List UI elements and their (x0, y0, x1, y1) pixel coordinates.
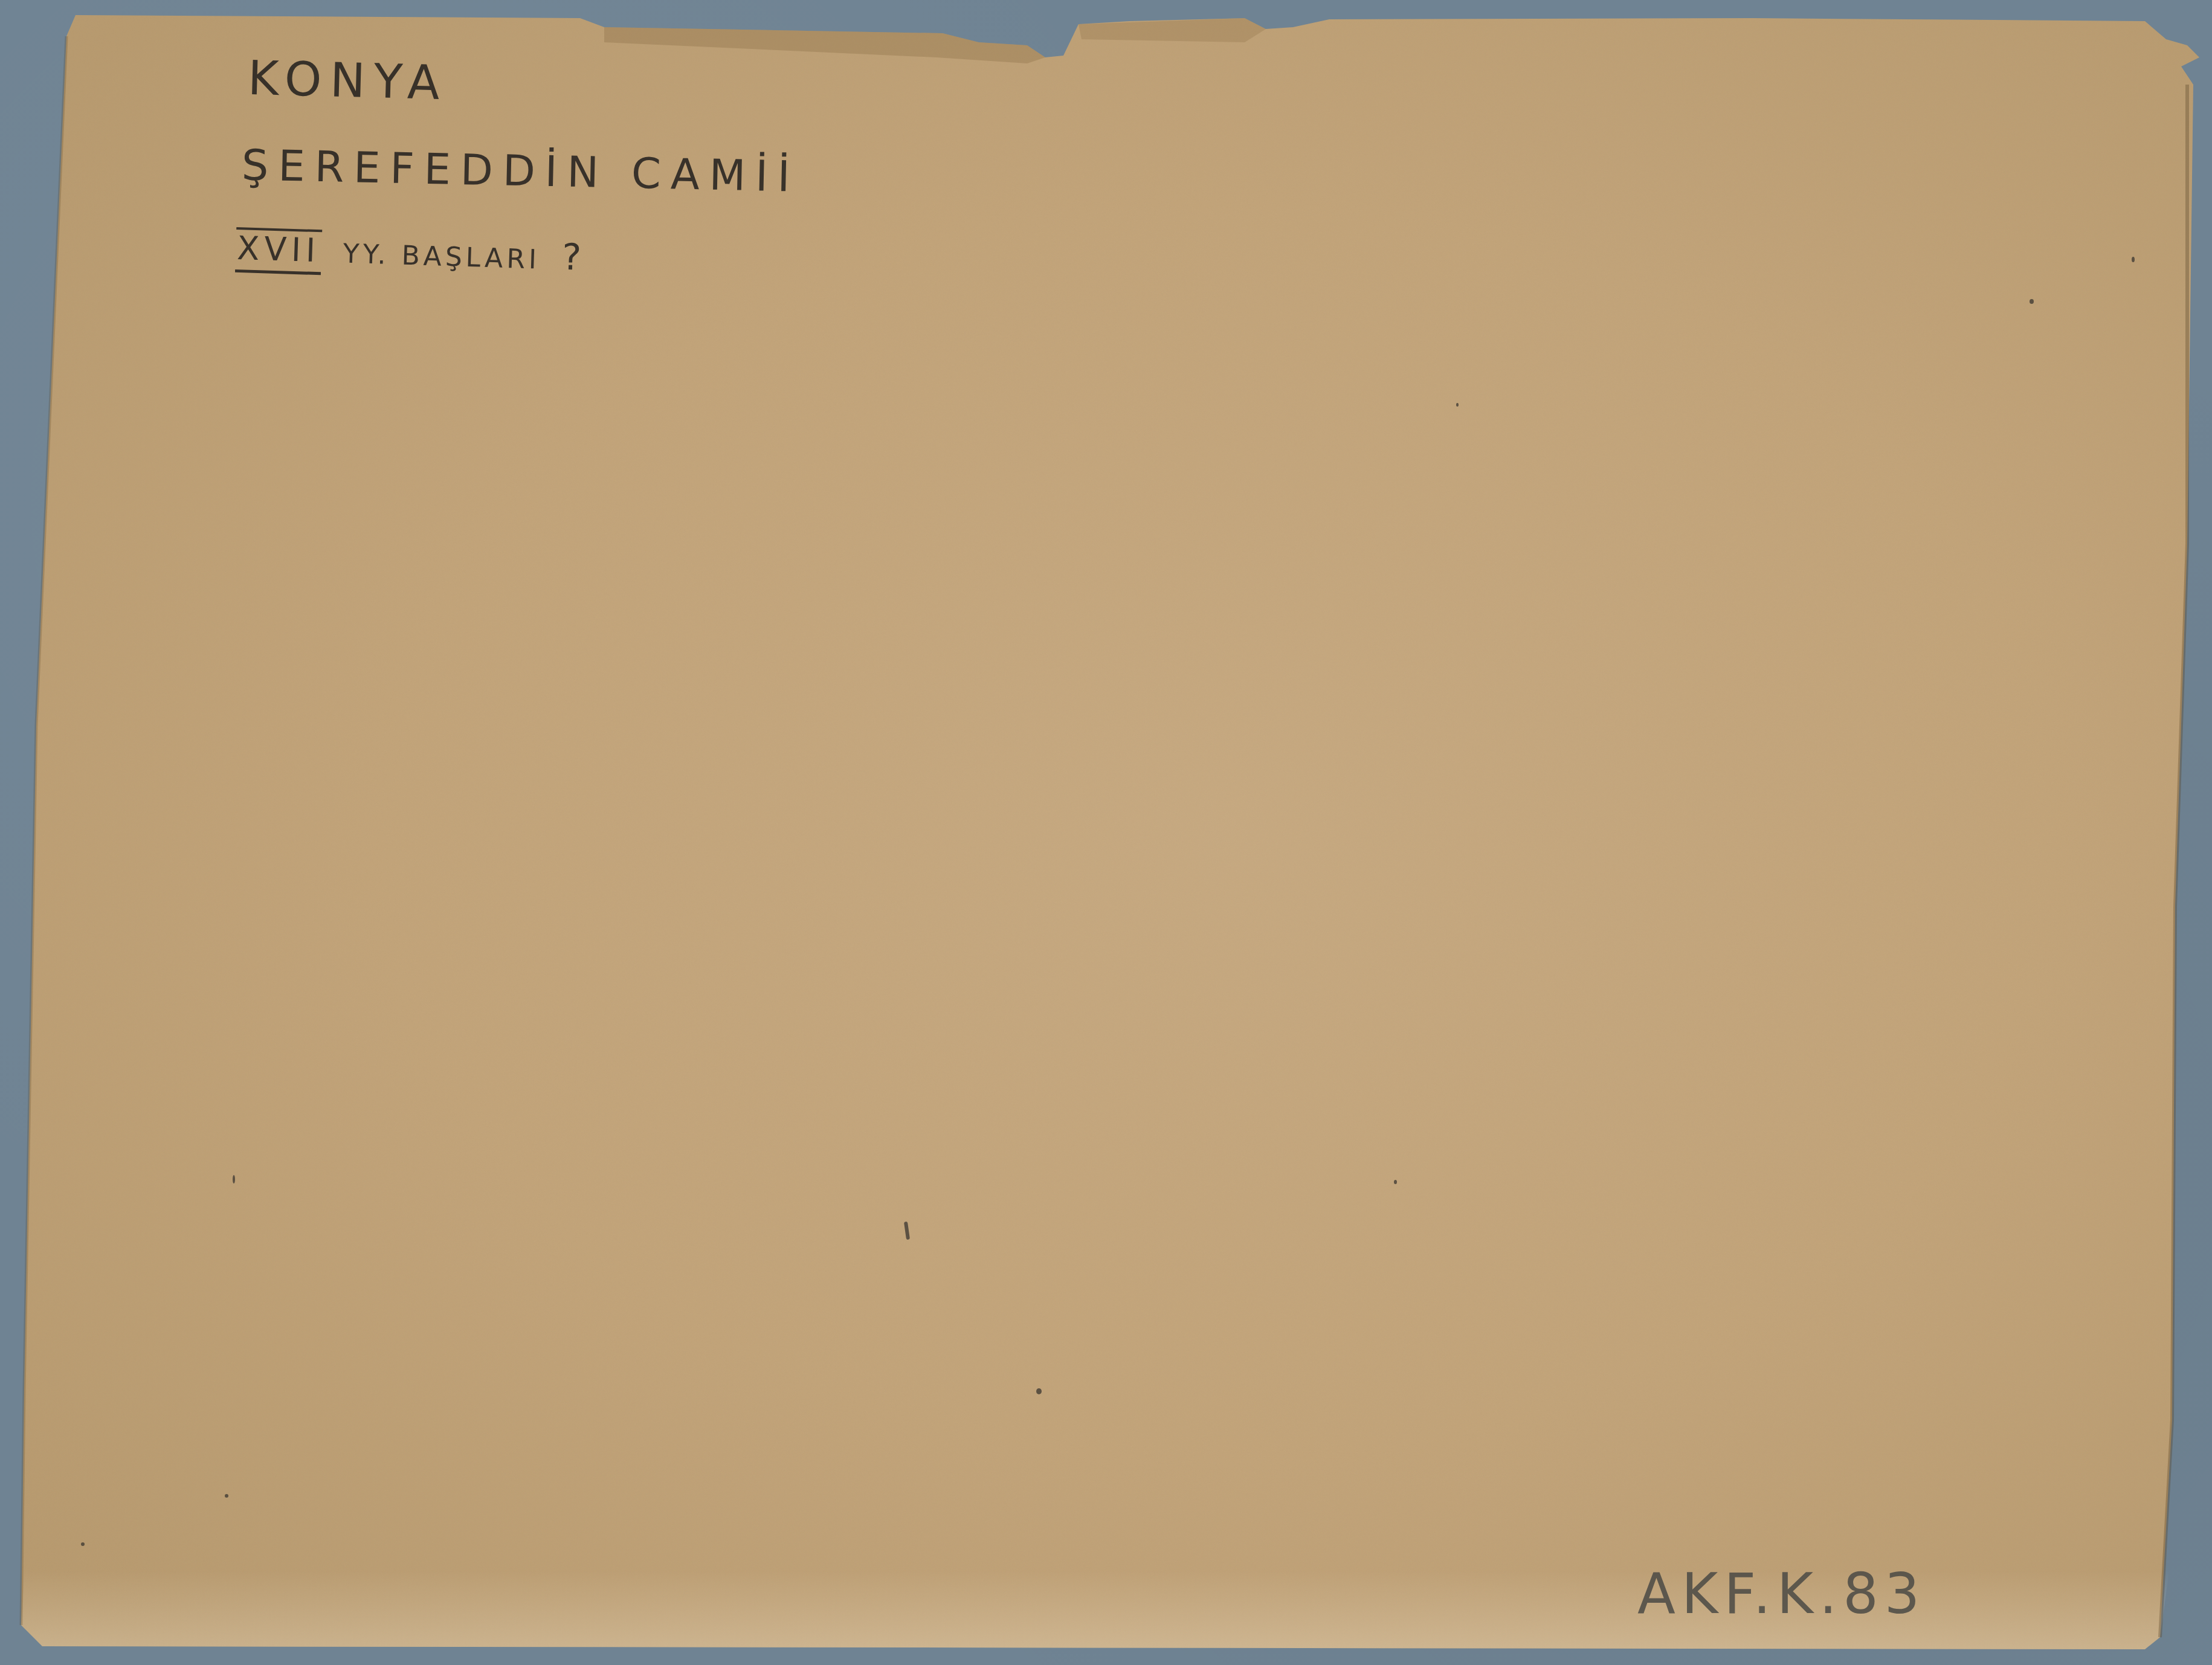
paper-speck (2132, 257, 2135, 262)
paper-speck (81, 1542, 85, 1546)
catalog-number: AKF.K.83 (1637, 1562, 1926, 1626)
period-text: YY. BAŞLARI (343, 238, 541, 275)
uncertainty-mark: ? (561, 236, 587, 279)
paper-speck (2030, 299, 2034, 304)
paper-speck (1456, 403, 1459, 407)
mosque-name-label: ŞEREFEDDİN CAMİİ (241, 144, 800, 198)
paper-speck (225, 1494, 228, 1498)
century-numeral: XVII (235, 227, 322, 275)
paper-speck (1036, 1388, 1042, 1394)
location-label: KONYA (247, 55, 449, 108)
paper-speck (1394, 1180, 1397, 1184)
paper-speck (233, 1175, 235, 1184)
